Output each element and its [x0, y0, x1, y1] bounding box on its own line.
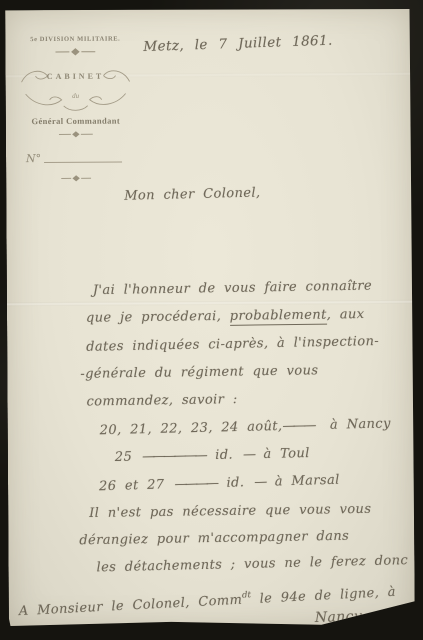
schedule-idem: id. [215, 448, 233, 463]
cabinet-ornament-block: CABINET du [17, 59, 133, 116]
salutation: Mon cher Colonel, [124, 186, 261, 204]
cabinet-du-label: du [18, 91, 134, 100]
paper-crease [7, 300, 413, 306]
body-text: , aux [327, 307, 365, 322]
underlined-word: probablement [230, 308, 327, 326]
body-line: que je procéderai, probablement, aux [86, 307, 365, 326]
address-text: le 94e de ligne, à [251, 585, 397, 607]
body-line: dérangiez pour m'accompagner dans [79, 529, 349, 548]
body-line: commandez, savoir : [86, 392, 237, 410]
schedule-dates: 20, 21, 22, 23, 24 août, [100, 419, 283, 438]
schedule-place: à Marsal [275, 473, 340, 490]
commandant-title: Général Commandant [18, 115, 134, 126]
numero-blank-line [44, 162, 122, 163]
ornament-rule-icon [59, 131, 93, 138]
body-text: que je procéderai, [86, 309, 230, 326]
body-line: les détachements ; vous ne le ferez donc [96, 553, 408, 575]
cabinet-title: CABINET [17, 71, 133, 81]
schedule-row: 20, 21, 22, 23, 24 août,———à Nancy [100, 416, 391, 438]
numero-label: N° [26, 152, 41, 165]
schedule-row: 26 et 27————id.—à Marsal [99, 473, 340, 495]
body-line: J'ai l'honneur de vous faire connaître [93, 279, 372, 299]
schedule-dash: ———— [174, 476, 216, 492]
ornament-rule-icon [61, 175, 91, 182]
schedule-dash: —————— [142, 448, 205, 464]
schedule-dash: ——— [282, 418, 314, 434]
schedule-sep: — [254, 475, 265, 490]
schedule-dates: 25 [115, 450, 133, 465]
schedule-place: à Toul [263, 446, 310, 462]
ornament-rule-icon [55, 48, 95, 56]
dateline: Metz, le 7 Juillet 1861. [143, 33, 333, 55]
schedule-sep: — [243, 447, 254, 462]
schedule-place: à Nancy [330, 416, 391, 432]
letter-paper: 5e DIVISION MILITAIRE. CABINET du Généra… [5, 8, 415, 627]
address-text: A Monsieur le Colonel, Comm [18, 593, 242, 619]
printed-letterhead: 5e DIVISION MILITAIRE. CABINET du Généra… [17, 35, 134, 182]
schedule-row: 25——————id.—à Toul [115, 446, 310, 465]
body-line: dates indiquées ci-après, à l'inspection… [86, 334, 379, 355]
numero-row: N° [26, 151, 134, 165]
body-line: Il n'est pas nécessaire que vous vous [89, 502, 371, 521]
division-title: 5e DIVISION MILITAIRE. [17, 35, 133, 43]
flourish-ornament-icon [17, 59, 133, 116]
body-line: -générale du régiment que vous [80, 363, 318, 382]
schedule-dates: 26 et 27 [99, 477, 165, 494]
schedule-idem: id. [226, 475, 244, 490]
